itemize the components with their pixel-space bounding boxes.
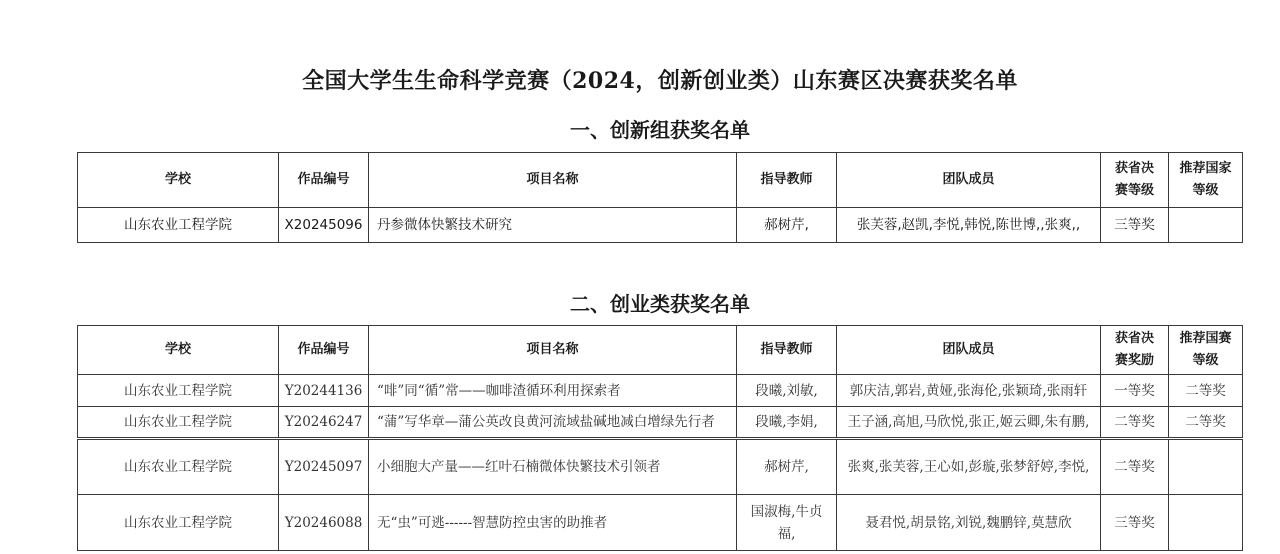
header-work-id: 作品编号	[279, 153, 369, 208]
cell-advisor: 郝树芹,	[737, 439, 837, 495]
advisor-line: 福,	[778, 526, 796, 542]
table-row: 山东农业工程学院 Y20245097 小细胞大产量——红叶石楠微体快繁技术引领者…	[78, 439, 1243, 495]
table-row: 山东农业工程学院 Y20244136 “啡”同“循”常——咖啡渣循环利用探索者 …	[78, 375, 1243, 407]
header-school: 学校	[78, 153, 279, 208]
header-team-members: 团队成员	[837, 326, 1101, 375]
cell-work-id: Y20245097	[279, 439, 369, 495]
cell-project-name: 丹参微体快繁技术研究	[369, 208, 737, 243]
header-national-recommendation: 推荐国赛等级	[1169, 326, 1243, 375]
header-advisor: 指导教师	[737, 153, 837, 208]
cell-national-recommendation	[1169, 495, 1243, 551]
cell-advisor: 郝树芹,	[737, 208, 837, 243]
header-line: 赛等级	[1115, 183, 1154, 198]
document-title: 全国大学生生命科学竞赛（2024，创新创业类）山东赛区决赛获奖名单	[0, 64, 1280, 95]
cell-school: 山东农业工程学院	[78, 208, 279, 243]
section-title-entrepreneurship: 二、创业类获奖名单	[0, 288, 1280, 317]
cell-national-recommendation: 二等奖	[1169, 407, 1243, 439]
cell-school: 山东农业工程学院	[78, 439, 279, 495]
cell-provincial-award: 二等奖	[1101, 407, 1169, 439]
cell-school: 山东农业工程学院	[78, 495, 279, 551]
header-line: 等级	[1192, 353, 1218, 368]
cell-national-recommendation	[1169, 439, 1243, 495]
header-line: 赛奖励	[1115, 353, 1154, 368]
cell-work-id: Y20246088	[279, 495, 369, 551]
advisor-line: 国淑梅,牛贞	[751, 504, 823, 520]
header-line: 推荐国家	[1179, 161, 1231, 176]
header-line: 等级	[1192, 183, 1218, 198]
header-school: 学校	[78, 326, 279, 375]
section-title-innovation: 一、创新组获奖名单	[0, 114, 1280, 143]
cell-national-recommendation	[1169, 208, 1243, 243]
cell-team-members: 郭庆洁,郭岩,黄娅,张海伦,张颖琦,张雨轩	[837, 375, 1101, 407]
table-row: 山东农业工程学院 Y20246247 “蒲”写华章—蒲公英改良黄河流域盐碱地减白…	[78, 407, 1243, 439]
innovation-awards-table: 学校 作品编号 项目名称 指导教师 团队成员 获省决赛等级 推荐国家等级 山东农…	[77, 152, 1243, 243]
cell-national-recommendation: 二等奖	[1169, 375, 1243, 407]
cell-advisor: 段曦,刘敏,	[737, 375, 837, 407]
cell-school: 山东农业工程学院	[78, 375, 279, 407]
cell-project-name: 小细胞大产量——红叶石楠微体快繁技术引领者	[369, 439, 737, 495]
cell-project-name: “蒲”写华章—蒲公英改良黄河流域盐碱地减白增绿先行者	[369, 407, 737, 439]
cell-work-id: Y20244136	[279, 375, 369, 407]
cell-advisor: 段曦,李娟,	[737, 407, 837, 439]
cell-team-members: 王子涵,高旭,马欣悦,张正,姬云卿,朱有鹏,	[837, 407, 1101, 439]
table-row: 山东农业工程学院 Y20246088 无“虫”可逃------智慧防控虫害的助推…	[78, 495, 1243, 551]
header-team-members: 团队成员	[837, 153, 1101, 208]
table-row: 山东农业工程学院 X20245096 丹参微体快繁技术研究 郝树芹, 张芙蓉,赵…	[78, 208, 1243, 243]
cell-project-name: 无“虫”可逃------智慧防控虫害的助推者	[369, 495, 737, 551]
header-line: 推荐国赛	[1179, 331, 1231, 346]
cell-advisor: 国淑梅,牛贞福,	[737, 495, 837, 551]
cell-provincial-award: 三等奖	[1101, 495, 1169, 551]
header-work-id: 作品编号	[279, 326, 369, 375]
cell-provincial-award: 三等奖	[1101, 208, 1169, 243]
cell-work-id: Y20246247	[279, 407, 369, 439]
table-header-row: 学校 作品编号 项目名称 指导教师 团队成员 获省决赛奖励 推荐国赛等级	[78, 326, 1243, 375]
cell-provincial-award: 一等奖	[1101, 375, 1169, 407]
header-provincial-award: 获省决赛等级	[1101, 153, 1169, 208]
header-provincial-award: 获省决赛奖励	[1101, 326, 1169, 375]
cell-team-members: 聂君悦,胡景铭,刘锐,魏鹏锌,莫慧欣	[837, 495, 1101, 551]
header-line: 获省决	[1115, 161, 1154, 176]
cell-project-name: “啡”同“循”常——咖啡渣循环利用探索者	[369, 375, 737, 407]
cell-school: 山东农业工程学院	[78, 407, 279, 439]
header-advisor: 指导教师	[737, 326, 837, 375]
header-project-name: 项目名称	[369, 153, 737, 208]
header-project-name: 项目名称	[369, 326, 737, 375]
cell-provincial-award: 二等奖	[1101, 439, 1169, 495]
entrepreneurship-awards-table: 学校 作品编号 项目名称 指导教师 团队成员 获省决赛奖励 推荐国赛等级 山东农…	[77, 325, 1243, 551]
cell-team-members: 张爽,张芙蓉,王心如,彭璇,张梦舒婷,李悦,	[837, 439, 1101, 495]
cell-work-id: X20245096	[279, 208, 369, 243]
table-header-row: 学校 作品编号 项目名称 指导教师 团队成员 获省决赛等级 推荐国家等级	[78, 153, 1243, 208]
header-line: 获省决	[1115, 331, 1154, 346]
header-national-recommendation: 推荐国家等级	[1169, 153, 1243, 208]
cell-team-members: 张芙蓉,赵凯,李悦,韩悦,陈世博,,张爽,,	[837, 208, 1101, 243]
